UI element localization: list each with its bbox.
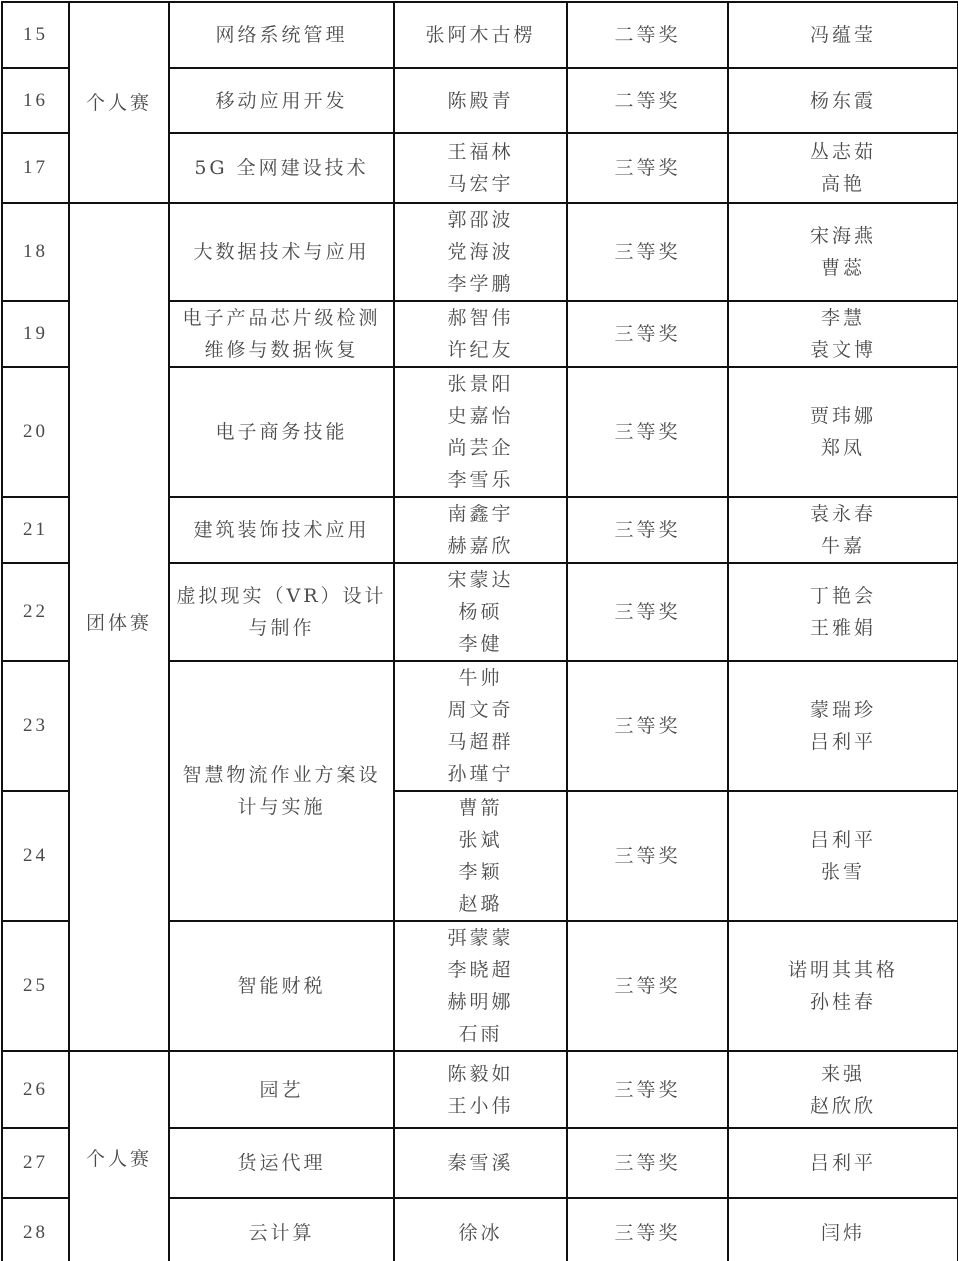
event-name-cell: 大数据技术与应用 [169, 203, 394, 301]
event-name: 园艺 [259, 1074, 303, 1106]
row-number: 17 [2, 133, 69, 203]
row-number: 16 [2, 68, 69, 133]
event-name-line: 维修与数据恢复 [170, 334, 393, 366]
student-name: 石雨 [395, 1018, 566, 1050]
students-cell: 郝智伟 许纪友 [394, 301, 567, 367]
students-cell: 弭蒙蒙 李晓超 赫明娜 石雨 [394, 921, 567, 1051]
award-level: 二等奖 [567, 2, 728, 68]
event-name-cell: 智能财税 [169, 921, 394, 1051]
teachers-cell: 来强 赵欣欣 [728, 1051, 958, 1128]
competition-type-cell: 个人赛 [69, 2, 169, 203]
student-name: 李颖 [395, 856, 566, 888]
event-name: 移动应用开发 [215, 85, 347, 117]
student-name: 宋蒙达 [395, 564, 566, 596]
student-name: 许纪友 [395, 334, 566, 366]
student-name: 赫明娜 [395, 986, 566, 1018]
award-level: 三等奖 [567, 1051, 728, 1128]
event-name: 5G 全网建设技术 [194, 152, 368, 184]
student-name: 尚芸企 [395, 432, 566, 464]
event-name: 云计算 [248, 1217, 314, 1249]
row-number: 24 [2, 791, 69, 921]
student-name: 周文奇 [395, 694, 566, 726]
award-level: 三等奖 [567, 1198, 728, 1261]
competition-type-cell: 团体赛 [69, 203, 169, 1051]
students-cell: 牛帅 周文奇 马超群 孙瑾宁 [394, 661, 567, 791]
students-cell: 宋蒙达 杨硕 李健 [394, 563, 567, 661]
student-name: 李雪乐 [395, 464, 566, 496]
student-name: 李学鹏 [395, 268, 566, 300]
student-name: 史嘉怡 [395, 400, 566, 432]
award-table-page: 15 个人赛 网络系统管理 张阿木古楞 二等奖 冯蕴莹 16 移动应用开发 陈殿… [1, 1, 957, 1260]
teachers-cell: 吕利平 [728, 1128, 958, 1198]
students-cell: 陈毅如 王小伟 [394, 1051, 567, 1128]
award-level: 三等奖 [567, 921, 728, 1051]
teachers-cell: 蒙瑞珍 吕利平 [728, 661, 958, 791]
event-name-cell: 云计算 [169, 1198, 394, 1261]
award-level: 三等奖 [567, 1128, 728, 1198]
event-name: 电子商务技能 [215, 416, 347, 448]
student-name: 张景阳 [395, 368, 566, 400]
student-name: 孙瑾宁 [395, 758, 566, 790]
row-number: 21 [2, 497, 69, 563]
event-name: 大数据技术与应用 [193, 236, 369, 268]
event-name-line: 电子产品芯片级检测 [170, 302, 393, 334]
award-level: 二等奖 [567, 68, 728, 133]
row-number: 15 [2, 2, 69, 68]
row-number: 27 [2, 1128, 69, 1198]
teacher-name: 丛志茹 [729, 136, 957, 168]
teachers-cell: 吕利平 张雪 [728, 791, 958, 921]
teacher-name: 曹蕊 [729, 252, 957, 284]
student-name: 杨硕 [395, 596, 566, 628]
row-number: 25 [2, 921, 69, 1051]
event-name-cell: 5G 全网建设技术 [169, 133, 394, 203]
event-name-cell: 电子产品芯片级检测 维修与数据恢复 [169, 301, 394, 367]
teacher-name: 郑凤 [729, 432, 957, 464]
event-name-line: 计与实施 [170, 791, 393, 823]
teachers-cell: 宋海燕 曹蕊 [728, 203, 958, 301]
student-name: 南鑫宇 [395, 498, 566, 530]
competition-type: 个人赛 [86, 92, 152, 114]
event-name-cell: 电子商务技能 [169, 367, 394, 497]
event-name-cell: 网络系统管理 [169, 2, 394, 68]
teachers-cell: 丁艳会 王雅娟 [728, 563, 958, 661]
student-name: 李健 [395, 628, 566, 660]
teacher-name: 孙桂春 [729, 986, 957, 1018]
student-name: 王小伟 [395, 1090, 566, 1122]
student-name: 王福林 [395, 136, 566, 168]
event-name: 智能财税 [237, 970, 325, 1002]
student-name: 陈毅如 [395, 1058, 566, 1090]
student-name: 陈殿青 [395, 85, 566, 117]
award-level: 三等奖 [567, 791, 728, 921]
student-name: 马宏宇 [395, 168, 566, 200]
students-cell: 王福林 马宏宇 [394, 133, 567, 203]
teacher-name: 闫炜 [729, 1217, 957, 1249]
event-name: 建筑装饰技术应用 [193, 514, 369, 546]
students-cell: 南鑫宇 赫嘉欣 [394, 497, 567, 563]
table-row: 26 个人赛 园艺 陈毅如 王小伟 三等奖 来强 赵欣欣 [2, 1051, 958, 1128]
teacher-name: 吕利平 [729, 824, 957, 856]
teachers-cell: 李慧 袁文博 [728, 301, 958, 367]
event-name-line: 虚拟现实（VR）设计 [170, 580, 393, 612]
teacher-name: 赵欣欣 [729, 1090, 957, 1122]
event-name-line: 智慧物流作业方案设 [170, 759, 393, 791]
award-level: 三等奖 [567, 301, 728, 367]
event-name-cell: 货运代理 [169, 1128, 394, 1198]
teacher-name: 高艳 [729, 168, 957, 200]
award-table: 15 个人赛 网络系统管理 张阿木古楞 二等奖 冯蕴莹 16 移动应用开发 陈殿… [1, 1, 958, 1261]
row-number: 19 [2, 301, 69, 367]
teacher-name: 丁艳会 [729, 580, 957, 612]
event-name: 货运代理 [237, 1147, 325, 1179]
row-number: 23 [2, 661, 69, 791]
teacher-name: 牛嘉 [729, 530, 957, 562]
teacher-name: 诺明其其格 [729, 954, 957, 986]
teacher-name: 宋海燕 [729, 220, 957, 252]
competition-type: 个人赛 [86, 1148, 152, 1170]
teachers-cell: 冯蕴莹 [728, 2, 958, 68]
teacher-name: 袁文博 [729, 334, 957, 366]
event-name-cell: 园艺 [169, 1051, 394, 1128]
event-name: 网络系统管理 [215, 19, 347, 51]
student-name: 马超群 [395, 726, 566, 758]
student-name: 张阿木古楞 [395, 19, 566, 51]
student-name: 赵璐 [395, 888, 566, 920]
teacher-name: 袁永春 [729, 498, 957, 530]
teacher-name: 冯蕴莹 [729, 19, 957, 51]
event-name-cell: 虚拟现实（VR）设计 与制作 [169, 563, 394, 661]
students-cell: 郭邵波 党海波 李学鹏 [394, 203, 567, 301]
teacher-name: 蒙瑞珍 [729, 694, 957, 726]
row-number: 18 [2, 203, 69, 301]
event-name-cell: 建筑装饰技术应用 [169, 497, 394, 563]
student-name: 曹箭 [395, 792, 566, 824]
teachers-cell: 贾玮娜 郑凤 [728, 367, 958, 497]
teacher-name: 杨东霞 [729, 85, 957, 117]
teachers-cell: 诺明其其格 孙桂春 [728, 921, 958, 1051]
teacher-name: 吕利平 [729, 726, 957, 758]
student-name: 张斌 [395, 824, 566, 856]
student-name: 牛帅 [395, 662, 566, 694]
award-level: 三等奖 [567, 133, 728, 203]
student-name: 徐冰 [395, 1217, 566, 1249]
teachers-cell: 丛志茹 高艳 [728, 133, 958, 203]
event-name-cell: 智慧物流作业方案设 计与实施 [169, 661, 394, 921]
student-name: 党海波 [395, 236, 566, 268]
row-number: 20 [2, 367, 69, 497]
row-number: 26 [2, 1051, 69, 1128]
table-row: 15 个人赛 网络系统管理 张阿木古楞 二等奖 冯蕴莹 [2, 2, 958, 68]
award-level: 三等奖 [567, 497, 728, 563]
students-cell: 曹箭 张斌 李颖 赵璐 [394, 791, 567, 921]
award-level: 三等奖 [567, 563, 728, 661]
student-name: 李晓超 [395, 954, 566, 986]
students-cell: 陈殿青 [394, 68, 567, 133]
award-level: 三等奖 [567, 661, 728, 791]
teacher-name: 李慧 [729, 302, 957, 334]
teachers-cell: 袁永春 牛嘉 [728, 497, 958, 563]
teachers-cell: 杨东霞 [728, 68, 958, 133]
table-row: 18 团体赛 大数据技术与应用 郭邵波 党海波 李学鹏 三等奖 宋海燕 曹蕊 [2, 203, 958, 301]
award-level: 三等奖 [567, 203, 728, 301]
teacher-name: 吕利平 [729, 1147, 957, 1179]
teacher-name: 来强 [729, 1058, 957, 1090]
teacher-name: 张雪 [729, 856, 957, 888]
student-name: 秦雪溪 [395, 1147, 566, 1179]
students-cell: 张阿木古楞 [394, 2, 567, 68]
teachers-cell: 闫炜 [728, 1198, 958, 1261]
student-name: 弭蒙蒙 [395, 922, 566, 954]
students-cell: 张景阳 史嘉怡 尚芸企 李雪乐 [394, 367, 567, 497]
students-cell: 秦雪溪 [394, 1128, 567, 1198]
row-number: 28 [2, 1198, 69, 1261]
student-name: 赫嘉欣 [395, 530, 566, 562]
event-name-line: 与制作 [170, 612, 393, 644]
award-level: 三等奖 [567, 367, 728, 497]
competition-type: 团体赛 [86, 607, 152, 639]
teacher-name: 王雅娟 [729, 612, 957, 644]
competition-type-cell: 个人赛 [69, 1051, 169, 1261]
students-cell: 徐冰 [394, 1198, 567, 1261]
teacher-name: 贾玮娜 [729, 400, 957, 432]
event-name-cell: 移动应用开发 [169, 68, 394, 133]
student-name: 郝智伟 [395, 302, 566, 334]
student-name: 郭邵波 [395, 204, 566, 236]
row-number: 22 [2, 563, 69, 661]
